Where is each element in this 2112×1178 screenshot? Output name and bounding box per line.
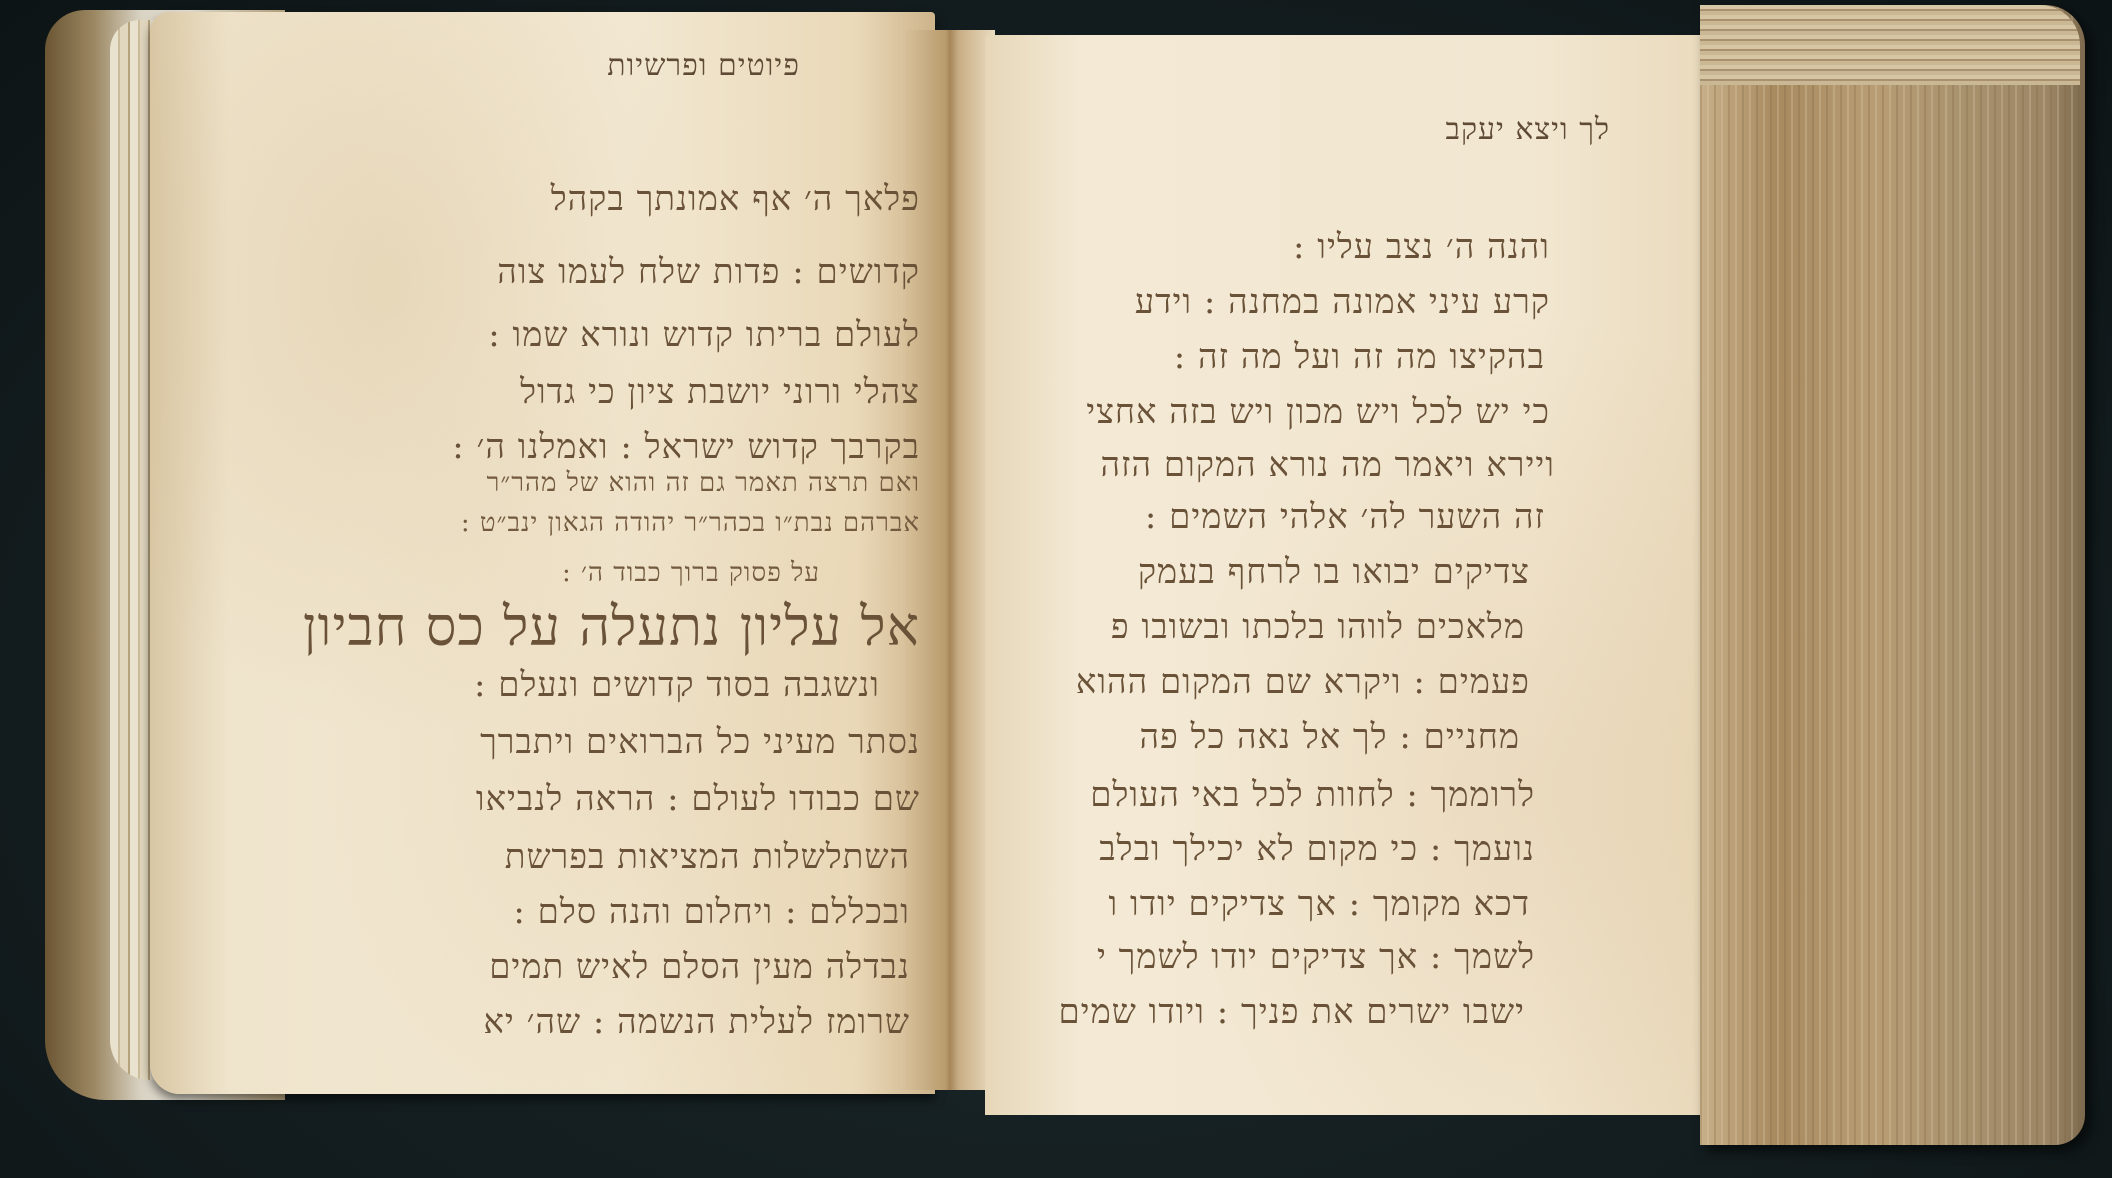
- right-line: פעמים : ויקרא שם המקום ההוא: [950, 665, 1530, 699]
- right-line: צדיקים יבואו בו לרחף בעמק: [960, 555, 1530, 589]
- right-line: ישבו ישרים את פניך : ויודו שמים: [935, 995, 1525, 1029]
- right-line: לרוממך : לחוות לכל באי העולם: [935, 778, 1535, 812]
- left-running-head: פיוטים ופרשיות: [440, 48, 800, 83]
- right-line: נועמך : כי מקום לא יכילך ובלב: [935, 832, 1535, 866]
- left-line: בקרבך קדוש ישראל : ואמלנו ה׳ :: [330, 430, 920, 464]
- left-line: פלאך ה׳ אף אמונתך בקהל: [360, 182, 920, 216]
- left-line: נבדלה מעין הסלם לאיש תמים: [310, 950, 910, 984]
- right-line: לשמך : אך צדיקים יודו לשמך י: [935, 940, 1535, 974]
- right-line: זה השער לה׳ אלהי השמים :: [990, 500, 1545, 534]
- right-running-head: לך ויצא יעקב: [1310, 112, 1610, 147]
- right-line: והנה ה׳ נצב עליו :: [1110, 230, 1550, 264]
- right-line: קרע עיני אמונה במחנה : וידע: [985, 285, 1550, 319]
- left-line-initial: אל עליון נתעלה על כס חביון: [300, 600, 920, 654]
- left-line: ובכללם : ויחלום והנה סלם :: [370, 895, 910, 929]
- left-line: שם כבודו לעולם : הראה לנביאו: [290, 782, 920, 816]
- fore-edge-top: [1700, 5, 2080, 85]
- left-line: לעולם בריתו קדוש ונורא שמו :: [330, 318, 920, 352]
- right-line: בהקיצו מה זה ועל מה זה :: [1005, 340, 1545, 374]
- right-line: דכא מקומך : אך צדיקים יודו ו: [950, 887, 1530, 921]
- left-line: ונשגבה בסוד קדושים ונעלם :: [300, 668, 880, 702]
- fore-edge-page-block: [1700, 5, 2085, 1145]
- right-line: מלאכים לווהו בלכתו ובשובו פ: [960, 610, 1525, 644]
- left-line: השתלשלות המציאות בפרשת: [310, 840, 910, 874]
- open-manuscript: פיוטים ופרשיות פלאך ה׳ אף אמונתך בקהל קד…: [0, 0, 2112, 1178]
- left-note-line: אברהם נבת״ו בכהר״ר יהודה הגאון ינב״ט :: [320, 510, 920, 536]
- left-line: קדושים : פדות שלח לעמו צוה: [330, 255, 920, 289]
- left-line: נסתר מעיני כל הברואים ויתברך: [290, 725, 920, 759]
- right-line: כי יש לכל ויש מכון ויש בזה אחצי: [985, 395, 1550, 429]
- right-line: ויירא ויאמר מה נורא המקום הזה: [985, 448, 1555, 482]
- right-line: מחניים : לך אל נאה כל פה: [960, 720, 1520, 754]
- left-line: צהלי ורוני יושבת ציון כי גדול: [330, 375, 920, 409]
- left-line: שרומז לעלית הנשמה : שה׳ יא: [310, 1005, 910, 1039]
- left-note-line: ואם תרצה תאמר גם זה והוא של מהר״ר: [320, 470, 920, 496]
- left-heading-line: על פסוק ברוך כבוד ה׳ :: [400, 560, 820, 586]
